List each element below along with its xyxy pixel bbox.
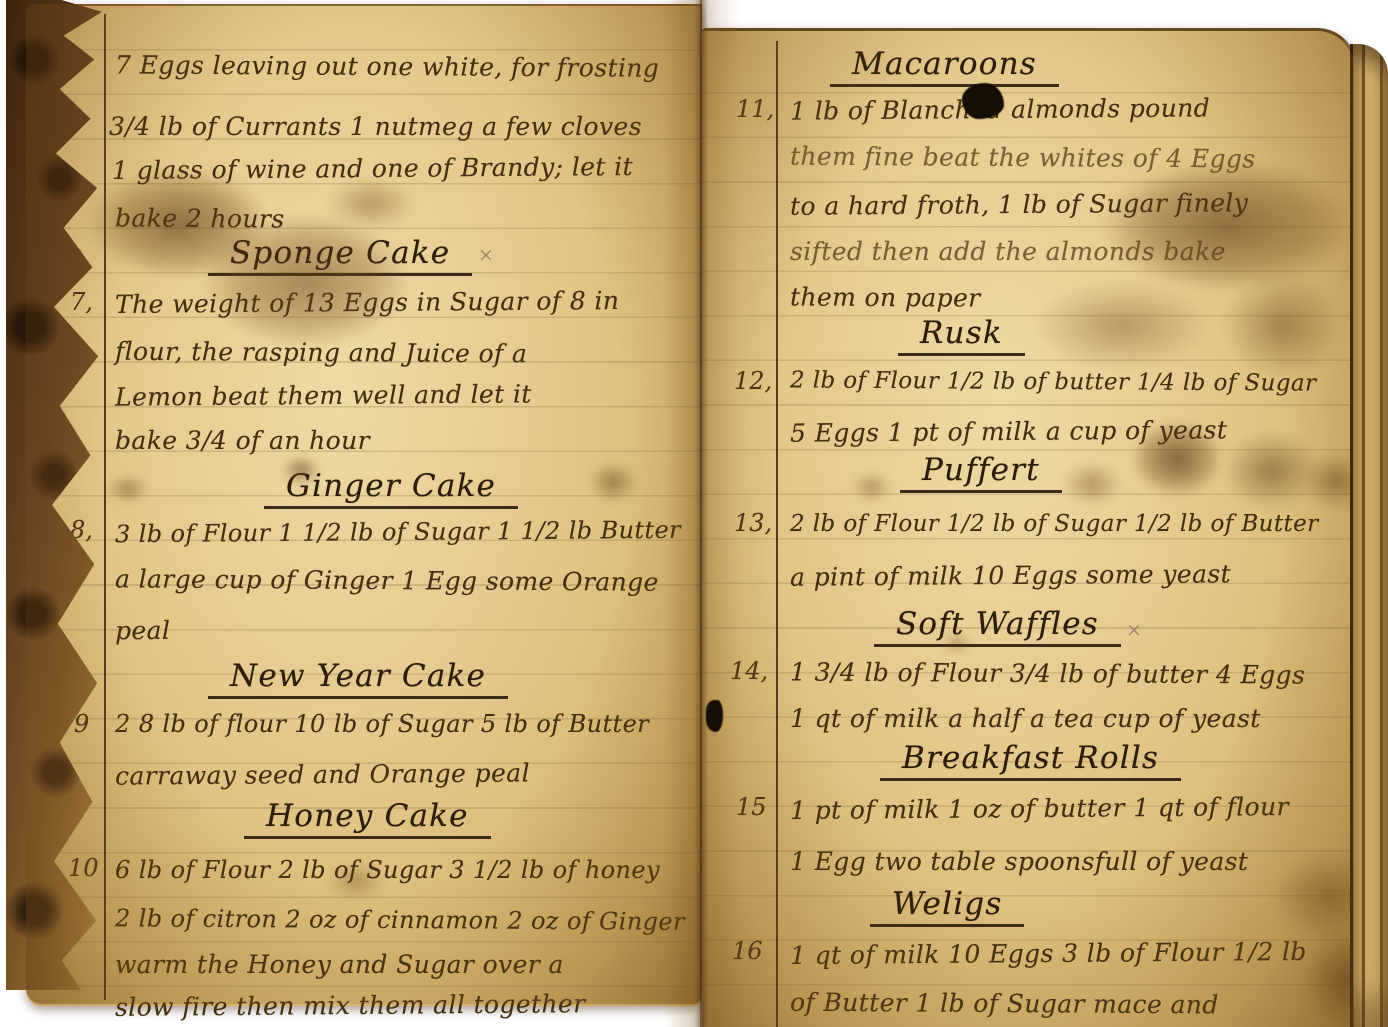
recipe-line: 1 3/4 lb of Flour 3/4 lb of butter 4 Egg… (790, 659, 1305, 687)
recipe-title-breakfast-rolls: Breakfast Rolls (880, 743, 1181, 781)
margin-number: 12, (734, 369, 772, 393)
recipe-line: 1 glass of wine and one of Brandy; let i… (112, 154, 633, 183)
stain (588, 461, 638, 503)
recipe-line: 7 Eggs leaving out one white, for frosti… (115, 52, 659, 80)
recipe-title-honey-cake: Honey Cake (244, 801, 491, 839)
recipe-line: 5 Eggs 1 pt of milk a cup of yeast (790, 417, 1227, 445)
recipe-line: 1 pt of milk 1 oz of butter 1 qt of flou… (790, 794, 1289, 823)
recipe-line: 1 qt of milk a half a tea cup of yeast (790, 706, 1261, 731)
recipe-line: bake 3/4 of an hour (115, 428, 370, 453)
recipe-line: slow fire then mix them all together (115, 991, 586, 1020)
recipe-line: peal (115, 618, 171, 643)
recipe-line: flour, the rasping and Juice of a (115, 339, 527, 367)
recipe-line: sifted then add the almonds bake (790, 239, 1226, 264)
stain (106, 474, 150, 504)
recipe-line: 1 lb of Blanched almonds pound (790, 95, 1210, 123)
recipe-title-sponge-cake: Sponge Cake (208, 238, 472, 276)
stain (326, 176, 416, 231)
recipe-line: 2 lb of citron 2 oz of cinnamon 2 oz of … (115, 906, 685, 933)
recipe-line: to a hard froth, 1 lb of Sugar finely (790, 190, 1248, 219)
stain (1222, 431, 1322, 511)
recipe-book-spread: 7 Eggs leaving out one white, for frosti… (0, 0, 1388, 1027)
right-page: Macaroons 11, 1 lb of Blanched almonds p… (702, 28, 1357, 1027)
recipe-line: 3 lb of Flour 1 1/2 lb of Sugar 1 1/2 lb… (115, 518, 681, 546)
recipe-line: The weight of 13 Eggs in Sugar of 8 in (115, 288, 620, 317)
recipe-line: of Butter 1 lb of Sugar mace and (790, 990, 1219, 1018)
margin-number: 8, (70, 518, 93, 542)
stain (1062, 461, 1122, 507)
recipe-title-ginger-cake: Ginger Cake (264, 471, 518, 509)
recipe-line: them fine beat the whites of 4 Eggs (790, 144, 1256, 172)
margin-number: 13, (734, 511, 772, 535)
margin-number: 11, (736, 97, 774, 121)
recipe-line: 2 lb of Flour 1/2 lb of butter 1/4 lb of… (790, 369, 1317, 395)
recipe-line: a pint of milk 10 Eggs some yeast (790, 561, 1231, 589)
margin-number: 9 (74, 712, 89, 736)
margin-number: 16 (732, 939, 763, 963)
margin-number: 7, (70, 290, 93, 314)
pencil-mark: × (1126, 619, 1142, 641)
recipe-line: them on paper (790, 284, 981, 310)
recipe-line: 1 qt of milk 10 Eggs 3 lb of Flour 1/2 l… (790, 939, 1307, 968)
recipe-line: 1 Egg two table spoonsfull of yeast (790, 849, 1248, 874)
stain (1032, 281, 1212, 371)
stain (1272, 851, 1382, 941)
recipe-line: a large cup of Ginger 1 Egg some Orange (115, 566, 659, 594)
recipe-line: bake 2 hours (115, 205, 285, 231)
pencil-mark: × (478, 244, 494, 266)
left-page: 7 Eggs leaving out one white, for frosti… (26, 4, 702, 1006)
recipe-title-rusk: Rusk (898, 318, 1025, 356)
margin-number: 15 (736, 795, 767, 819)
stain (1302, 931, 1388, 1027)
recipe-line: 6 lb of Flour 2 lb of Sugar 3 1/2 lb of … (115, 858, 660, 882)
recipe-line: Lemon beat them well and let it (115, 381, 532, 409)
stain (1222, 271, 1342, 381)
recipe-line: 2 lb of Flour 1/2 lb of Sugar 1/2 lb of … (790, 513, 1319, 536)
stain (1102, 161, 1352, 291)
recipe-line: 2 8 lb of flour 10 lb of Sugar 5 lb of B… (115, 712, 649, 736)
recipe-line: carraway seed and Orange peal (115, 760, 530, 788)
recipe-title-soft-waffles: Soft Waffles (874, 609, 1121, 647)
margin-number: 10 (68, 856, 99, 880)
stain (852, 471, 892, 503)
margin-rule-line (776, 41, 778, 1027)
margin-number-ghost: 7, (66, 248, 89, 272)
recipe-title-puffert: Puffert (900, 455, 1062, 493)
recipe-line: warm the Honey and Sugar over a (115, 952, 564, 977)
recipe-title-new-year-cake: New Year Cake (208, 661, 508, 699)
recipe-title-macaroons: Macaroons (830, 49, 1059, 87)
margin-rule-line (104, 14, 106, 1000)
stain (1302, 451, 1372, 511)
margin-number: 14, (730, 659, 768, 683)
recipe-title-weligs: Weligs (870, 889, 1024, 927)
recipe-line: 3/4 lb of Currants 1 nutmeg a few cloves (109, 114, 642, 139)
